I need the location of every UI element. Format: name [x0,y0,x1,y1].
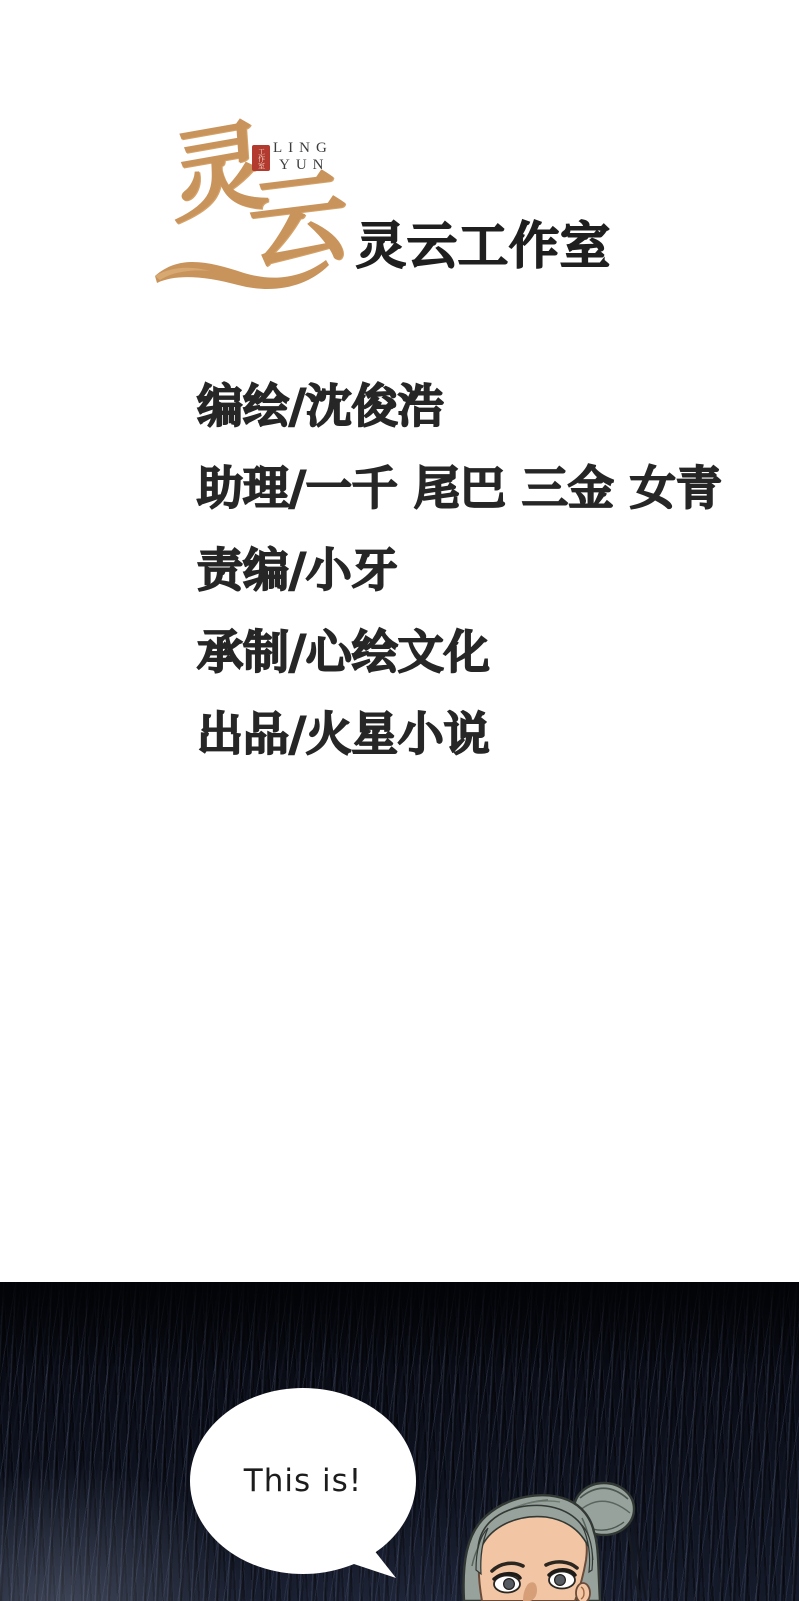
studio-logo: 灵 云 工作室 LING YUN 灵云工作室 [0,0,799,320]
logo-seal-stamp: 工作室 [252,145,270,171]
speech-text: This is! [244,1463,362,1499]
character-face [452,1478,666,1601]
credit-line-artist: 编绘/沈俊浩 [197,382,797,431]
logo-latin-line1: LING [273,140,333,157]
comic-page: 灵 云 工作室 LING YUN 灵云工作室 编绘/沈俊浩 助理/一千 尾巴 三… [0,0,799,1601]
credits-list: 编绘/沈俊浩 助理/一千 尾巴 三金 女青 责编/小牙 承制/心绘文化 出品/火… [197,382,797,792]
logo-latin-line2: YUN [273,157,333,174]
speech-bubble: This is! [190,1388,416,1574]
logo-latin-text: LING YUN [273,140,333,174]
credit-line-editor: 责编/小牙 [197,546,797,595]
comic-panel: This is! [0,1282,799,1601]
credit-line-assistants: 助理/一千 尾巴 三金 女青 [197,464,797,513]
studio-title: 灵云工作室 [356,206,611,278]
gold-brush-stroke-icon [152,246,332,302]
credit-line-producer: 承制/心绘文化 [197,628,797,677]
credit-line-publisher: 出品/火星小说 [197,710,797,759]
seal-text: 工作室 [258,148,265,169]
